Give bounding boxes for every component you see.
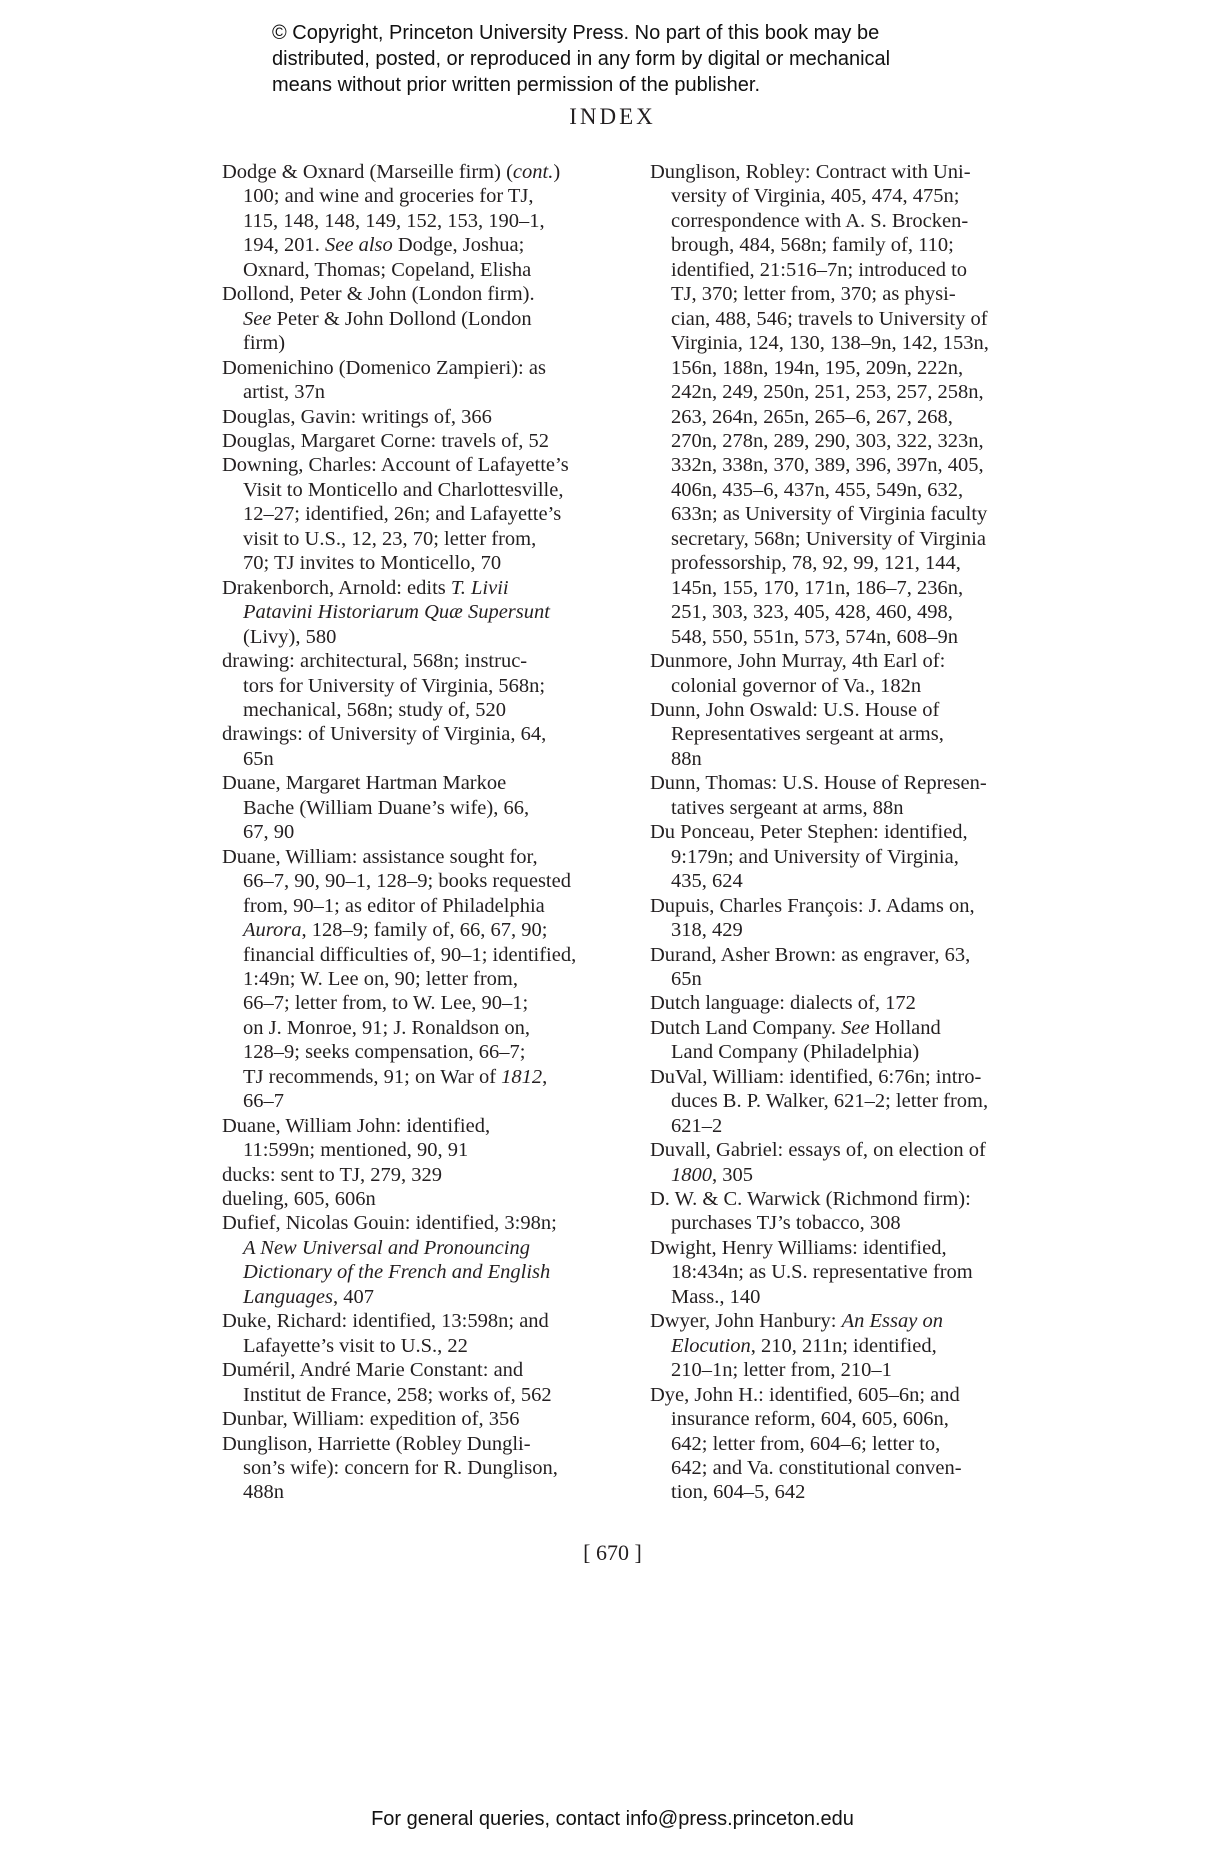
entry-continuation-line: Bache (William Duane’s wife), 66,: [222, 796, 642, 820]
entry-heading-line: Drakenborch, Arnold: edits T. Livii: [222, 576, 642, 600]
text: Dunglison, Robley: Contract with Uni-: [650, 161, 971, 183]
text: tatives sergeant at arms, 88n: [671, 797, 903, 819]
text: identified, 21:516–7n; introduced to: [671, 259, 967, 281]
index-entry: Dodge & Oxnard (Marseille firm) (cont.)1…: [222, 160, 642, 282]
index-entry: Dunglison, Robley: Contract with Uni-ver…: [650, 160, 1070, 649]
index-entry: Dollond, Peter & John (London firm).See …: [222, 282, 642, 355]
index-entry: Dwyer, John Hanbury: An Essay onElocutio…: [650, 1309, 1070, 1382]
text: from, 90–1; as editor of Philadelphia: [243, 895, 545, 917]
text: ducks: sent to TJ, 279, 329: [222, 1164, 442, 1186]
entry-continuation-line: Visit to Monticello and Charlottesville,: [222, 478, 642, 502]
text: 156n, 188n, 194n, 195, 209n, 222n,: [671, 357, 963, 379]
text: , 305: [712, 1164, 753, 1186]
entry-continuation-line: 67, 90: [222, 820, 642, 844]
text: versity of Virginia, 405, 474, 475n;: [671, 185, 959, 207]
text: TJ, 370; letter from, 370; as physi-: [671, 283, 956, 305]
italic-text: 1812: [501, 1066, 542, 1088]
entry-heading-line: Dye, John H.: identified, 605–6n; and: [650, 1383, 1070, 1407]
text: Peter & John Dollond (London: [271, 308, 531, 330]
entry-continuation-line: 210–1n; letter from, 210–1: [650, 1358, 1070, 1382]
text: Dunmore, John Murray, 4th Earl of:: [650, 650, 945, 672]
index-entry: Domenichino (Domenico Zampieri): asartis…: [222, 356, 642, 405]
text: Durand, Asher Brown: as engraver, 63,: [650, 944, 970, 966]
entry-continuation-line: Mass., 140: [650, 1285, 1070, 1309]
text: Institut de France, 258; works of, 562: [243, 1384, 552, 1406]
text: 70; TJ invites to Monticello, 70: [243, 552, 501, 574]
index-entry: Duane, Margaret Hartman MarkoeBache (Wil…: [222, 771, 642, 844]
text: 100; and wine and groceries for TJ,: [243, 185, 534, 207]
text: insurance reform, 604, 605, 606n,: [671, 1408, 949, 1430]
text: 65n: [243, 748, 274, 770]
entry-continuation-line: duces B. P. Walker, 621–2; letter from,: [650, 1089, 1070, 1113]
index-entry: Duvall, Gabriel: essays of, on election …: [650, 1138, 1070, 1187]
text: Dutch Land Company.: [650, 1017, 841, 1039]
entry-continuation-line: 332n, 338n, 370, 389, 396, 397n, 405,: [650, 453, 1070, 477]
entry-heading-line: Duméril, André Marie Constant: and: [222, 1358, 642, 1382]
entry-continuation-line: 263, 264n, 265n, 265–6, 267, 268,: [650, 405, 1070, 429]
entry-heading-line: drawings: of University of Virginia, 64,: [222, 722, 642, 746]
text: Dunn, Thomas: U.S. House of Represen-: [650, 772, 987, 794]
entry-heading-line: Dunbar, William: expedition of, 356: [222, 1407, 642, 1431]
entry-heading-line: Douglas, Gavin: writings of, 366: [222, 405, 642, 429]
entry-continuation-line: Representatives sergeant at arms,: [650, 722, 1070, 746]
text: 66–7, 90, 90–1, 128–9; books requested: [243, 870, 571, 892]
entry-continuation-line: 12–27; identified, 26n; and Lafayette’s: [222, 502, 642, 526]
text: Land Company (Philadelphia): [671, 1041, 919, 1063]
entry-continuation-line: Institut de France, 258; works of, 562: [222, 1383, 642, 1407]
entry-continuation-line: tion, 604–5, 642: [650, 1480, 1070, 1504]
text: 435, 624: [671, 870, 743, 892]
text: Dwight, Henry Williams: identified,: [650, 1237, 947, 1259]
entry-heading-line: Douglas, Margaret Corne: travels of, 52: [222, 429, 642, 453]
text: (Livy), 580: [243, 626, 336, 648]
entry-continuation-line: Languages, 407: [222, 1285, 642, 1309]
text: Dutch language: dialects of, 172: [650, 992, 916, 1014]
index-entry: Duke, Richard: identified, 13:598n; andL…: [222, 1309, 642, 1358]
text: Duane, Margaret Hartman Markoe: [222, 772, 506, 794]
entry-continuation-line: tors for University of Virginia, 568n;: [222, 674, 642, 698]
entry-continuation-line: A New Universal and Pronouncing: [222, 1236, 642, 1260]
text: Duane, William: assistance sought for,: [222, 846, 538, 868]
entry-continuation-line: son’s wife): concern for R. Dunglison,: [222, 1456, 642, 1480]
entry-heading-line: Dufief, Nicolas Gouin: identified, 3:98n…: [222, 1211, 642, 1235]
index-entry: drawings: of University of Virginia, 64,…: [222, 722, 642, 771]
text: Oxnard, Thomas; Copeland, Elisha: [243, 259, 531, 281]
text: Downing, Charles: Account of Lafayette’s: [222, 454, 569, 476]
text: artist, 37n: [243, 381, 325, 403]
entry-continuation-line: identified, 21:516–7n; introduced to: [650, 258, 1070, 282]
text: 251, 303, 323, 405, 428, 460, 498,: [671, 601, 953, 623]
entry-continuation-line: from, 90–1; as editor of Philadelphia: [222, 894, 642, 918]
index-entry: Dwight, Henry Williams: identified,18:43…: [650, 1236, 1070, 1309]
text: 66–7: [243, 1090, 284, 1112]
text: cian, 488, 546; travels to University of: [671, 308, 988, 330]
text: 633n; as University of Virginia faculty: [671, 503, 987, 525]
entry-continuation-line: 66–7, 90, 90–1, 128–9; books requested: [222, 869, 642, 893]
entry-continuation-line: 88n: [650, 747, 1070, 771]
text: dueling, 605, 606n: [222, 1188, 376, 1210]
entry-continuation-line: on J. Monroe, 91; J. Ronaldson on,: [222, 1016, 642, 1040]
entry-continuation-line: cian, 488, 546; travels to University of: [650, 307, 1070, 331]
italic-text: 1800: [671, 1164, 712, 1186]
entry-continuation-line: TJ, 370; letter from, 370; as physi-: [650, 282, 1070, 306]
copyright-line: distributed, posted, or reproduced in an…: [272, 46, 992, 72]
index-entry: Dutch language: dialects of, 172: [650, 991, 1070, 1015]
text: 11:599n; mentioned, 90, 91: [243, 1139, 468, 1161]
entry-heading-line: Duane, William: assistance sought for,: [222, 845, 642, 869]
entry-continuation-line: 242n, 249, 250n, 251, 253, 257, 258n,: [650, 380, 1070, 404]
text: Dunn, John Oswald: U.S. House of: [650, 699, 939, 721]
entry-heading-line: Du Ponceau, Peter Stephen: identified,: [650, 820, 1070, 844]
entry-heading-line: D. W. & C. Warwick (Richmond firm):: [650, 1187, 1070, 1211]
entry-heading-line: Dutch Land Company. See Holland: [650, 1016, 1070, 1040]
text: ,: [542, 1066, 547, 1088]
entry-continuation-line: 156n, 188n, 194n, 195, 209n, 222n,: [650, 356, 1070, 380]
entry-continuation-line: TJ recommends, 91; on War of 1812,: [222, 1065, 642, 1089]
index-entry: D. W. & C. Warwick (Richmond firm):purch…: [650, 1187, 1070, 1236]
index-entry: Dufief, Nicolas Gouin: identified, 3:98n…: [222, 1211, 642, 1309]
entry-continuation-line: 318, 429: [650, 918, 1070, 942]
entry-continuation-line: Elocution, 210, 211n; identified,: [650, 1334, 1070, 1358]
index-entry: Dye, John H.: identified, 605–6n; andins…: [650, 1383, 1070, 1505]
entry-continuation-line: 488n: [222, 1480, 642, 1504]
text: secretary, 568n; University of Virginia: [671, 528, 986, 550]
italic-text: An Essay on: [842, 1310, 943, 1332]
italic-text: Aurora: [243, 919, 301, 941]
entry-continuation-line: firm): [222, 331, 642, 355]
index-entry: Dunglison, Harriette (Robley Dungli-son’…: [222, 1432, 642, 1505]
text: visit to U.S., 12, 23, 70; letter from,: [243, 528, 536, 550]
text: D. W. & C. Warwick (Richmond firm):: [650, 1188, 971, 1210]
italic-text: Elocution: [671, 1335, 751, 1357]
text: mechanical, 568n; study of, 520: [243, 699, 506, 721]
italic-text: See also: [325, 234, 393, 256]
index-entry: DuVal, William: identified, 6:76n; intro…: [650, 1065, 1070, 1138]
entry-continuation-line: 128–9; seeks compensation, 66–7;: [222, 1040, 642, 1064]
entry-continuation-line: 251, 303, 323, 405, 428, 460, 498,: [650, 600, 1070, 624]
text: Duke, Richard: identified, 13:598n; and: [222, 1310, 549, 1332]
entry-heading-line: Dutch language: dialects of, 172: [650, 991, 1070, 1015]
entry-heading-line: drawing: architectural, 568n; instruc-: [222, 649, 642, 673]
entry-heading-line: DuVal, William: identified, 6:76n; intro…: [650, 1065, 1070, 1089]
text: ): [553, 161, 560, 183]
italic-text: Patavini Historiarum Quæ Supersunt: [243, 601, 550, 623]
text: purchases TJ’s tobacco, 308: [671, 1212, 901, 1234]
index-entry: Duane, William: assistance sought for,66…: [222, 845, 642, 1114]
text: 406n, 435–6, 437n, 455, 549n, 632,: [671, 479, 963, 501]
text: 128–9; seeks compensation, 66–7;: [243, 1041, 525, 1063]
entry-continuation-line: Virginia, 124, 130, 138–9n, 142, 153n,: [650, 331, 1070, 355]
text: professorship, 78, 92, 99, 121, 144,: [671, 552, 961, 574]
entry-continuation-line: insurance reform, 604, 605, 606n,: [650, 1407, 1070, 1431]
text: tors for University of Virginia, 568n;: [243, 675, 545, 697]
entry-continuation-line: 194, 201. See also Dodge, Joshua;: [222, 233, 642, 257]
italic-text: Languages: [243, 1286, 333, 1308]
entry-continuation-line: 270n, 278n, 289, 290, 303, 322, 323n,: [650, 429, 1070, 453]
entry-continuation-line: 406n, 435–6, 437n, 455, 549n, 632,: [650, 478, 1070, 502]
italic-text: See: [841, 1017, 869, 1039]
text: 263, 264n, 265n, 265–6, 267, 268,: [671, 406, 953, 428]
text: 66–7; letter from, to W. Lee, 90–1;: [243, 992, 528, 1014]
index-entry: Douglas, Gavin: writings of, 366: [222, 405, 642, 429]
entry-heading-line: Duane, William John: identified,: [222, 1114, 642, 1138]
entry-continuation-line: 65n: [222, 747, 642, 771]
entry-continuation-line: Aurora, 128–9; family of, 66, 67, 90;: [222, 918, 642, 942]
entry-continuation-line: financial difficulties of, 90–1; identif…: [222, 943, 642, 967]
entry-continuation-line: 633n; as University of Virginia faculty: [650, 502, 1070, 526]
entry-heading-line: Dunn, John Oswald: U.S. House of: [650, 698, 1070, 722]
text: 318, 429: [671, 919, 743, 941]
entry-continuation-line: 70; TJ invites to Monticello, 70: [222, 551, 642, 575]
text: correspondence with A. S. Brocken-: [671, 210, 968, 232]
entry-continuation-line: 435, 624: [650, 869, 1070, 893]
entry-continuation-line: secretary, 568n; University of Virginia: [650, 527, 1070, 551]
copyright-line: © Copyright, Princeton University Press.…: [272, 20, 992, 46]
text: TJ recommends, 91; on War of: [243, 1066, 501, 1088]
italic-text: See: [243, 308, 271, 330]
text: Lafayette’s visit to U.S., 22: [243, 1335, 468, 1357]
text: financial difficulties of, 90–1; identif…: [243, 944, 576, 966]
text: 548, 550, 551n, 573, 574n, 608–9n: [671, 626, 958, 648]
entry-continuation-line: Lafayette’s visit to U.S., 22: [222, 1334, 642, 1358]
text: Drakenborch, Arnold: edits: [222, 577, 451, 599]
entry-continuation-line: 66–7; letter from, to W. Lee, 90–1;: [222, 991, 642, 1015]
text: Dufief, Nicolas Gouin: identified, 3:98n…: [222, 1212, 557, 1234]
text: 18:434n; as U.S. representative from: [671, 1261, 973, 1283]
entry-heading-line: Dwight, Henry Williams: identified,: [650, 1236, 1070, 1260]
entry-continuation-line: 621–2: [650, 1114, 1070, 1138]
text: 1:49n; W. Lee on, 90; letter from,: [243, 968, 518, 990]
index-entry: drawing: architectural, 568n; instruc-to…: [222, 649, 642, 722]
text: son’s wife): concern for R. Dunglison,: [243, 1457, 558, 1479]
entry-continuation-line: 11:599n; mentioned, 90, 91: [222, 1138, 642, 1162]
italic-text: cont.: [513, 161, 553, 183]
text: on J. Monroe, 91; J. Ronaldson on,: [243, 1017, 530, 1039]
text: brough, 484, 568n; family of, 110;: [671, 234, 954, 256]
entry-continuation-line: 100; and wine and groceries for TJ,: [222, 184, 642, 208]
text: Dunbar, William: expedition of, 356: [222, 1408, 519, 1430]
text: 145n, 155, 170, 171n, 186–7, 236n,: [671, 577, 963, 599]
entry-continuation-line: Land Company (Philadelphia): [650, 1040, 1070, 1064]
text: 488n: [243, 1481, 284, 1503]
entry-continuation-line: See Peter & John Dollond (London: [222, 307, 642, 331]
entry-heading-line: Duane, Margaret Hartman Markoe: [222, 771, 642, 795]
text: 67, 90: [243, 821, 294, 843]
text: Domenichino (Domenico Zampieri): as: [222, 357, 546, 379]
index-entry: Dunmore, John Murray, 4th Earl of:coloni…: [650, 649, 1070, 698]
contact-footer: For general queries, contact info@press.…: [0, 1808, 1225, 1831]
entry-continuation-line: tatives sergeant at arms, 88n: [650, 796, 1070, 820]
text: Duane, William John: identified,: [222, 1115, 490, 1137]
text: Dupuis, Charles François: J. Adams on,: [650, 895, 975, 917]
italic-text: T. Livii: [451, 577, 509, 599]
text: Mass., 140: [671, 1286, 760, 1308]
text: 88n: [671, 748, 702, 770]
text: Duméril, André Marie Constant: and: [222, 1359, 523, 1381]
entry-continuation-line: 642; letter from, 604–6; letter to,: [650, 1432, 1070, 1456]
text: Douglas, Margaret Corne: travels of, 52: [222, 430, 549, 452]
text: drawing: architectural, 568n; instruc-: [222, 650, 527, 672]
text: 332n, 338n, 370, 389, 396, 397n, 405,: [671, 454, 984, 476]
copyright-notice: © Copyright, Princeton University Press.…: [272, 20, 992, 98]
text: 115, 148, 148, 149, 152, 153, 190–1,: [243, 210, 545, 232]
text: Dunglison, Harriette (Robley Dungli-: [222, 1433, 531, 1455]
index-entry: Dupuis, Charles François: J. Adams on,31…: [650, 894, 1070, 943]
text: colonial governor of Va., 182n: [671, 675, 921, 697]
entry-heading-line: Dollond, Peter & John (London firm).: [222, 282, 642, 306]
entry-continuation-line: Oxnard, Thomas; Copeland, Elisha: [222, 258, 642, 282]
entry-heading-line: Dodge & Oxnard (Marseille firm) (cont.): [222, 160, 642, 184]
entry-heading-line: Duvall, Gabriel: essays of, on election …: [650, 1138, 1070, 1162]
entry-continuation-line: professorship, 78, 92, 99, 121, 144,: [650, 551, 1070, 575]
index-entry: Dutch Land Company. See HollandLand Comp…: [650, 1016, 1070, 1065]
index-entry: ducks: sent to TJ, 279, 329: [222, 1163, 642, 1187]
entry-continuation-line: mechanical, 568n; study of, 520: [222, 698, 642, 722]
index-entry: Dunn, Thomas: U.S. House of Represen-tat…: [650, 771, 1070, 820]
page-number: [ 670 ]: [0, 1540, 1225, 1566]
entry-continuation-line: Dictionary of the French and English: [222, 1260, 642, 1284]
text: 194, 201.: [243, 234, 325, 256]
entry-heading-line: Dunn, Thomas: U.S. House of Represen-: [650, 771, 1070, 795]
text: 621–2: [671, 1115, 722, 1137]
text: duces B. P. Walker, 621–2; letter from,: [671, 1090, 988, 1112]
entry-continuation-line: 9:179n; and University of Virginia,: [650, 845, 1070, 869]
entry-continuation-line: 115, 148, 148, 149, 152, 153, 190–1,: [222, 209, 642, 233]
text: Dye, John H.: identified, 605–6n; and: [650, 1384, 960, 1406]
text: Dodge, Joshua;: [393, 234, 525, 256]
entry-continuation-line: artist, 37n: [222, 380, 642, 404]
index-entry: Durand, Asher Brown: as engraver, 63,65n: [650, 943, 1070, 992]
text: 270n, 278n, 289, 290, 303, 322, 323n,: [671, 430, 984, 452]
index-column-right: Dunglison, Robley: Contract with Uni-ver…: [650, 160, 1070, 1505]
text: 12–27; identified, 26n; and Lafayette’s: [243, 503, 561, 525]
entry-heading-line: Durand, Asher Brown: as engraver, 63,: [650, 943, 1070, 967]
entry-continuation-line: purchases TJ’s tobacco, 308: [650, 1211, 1070, 1235]
copyright-line: means without prior written permission o…: [272, 72, 992, 98]
entry-heading-line: Dunglison, Harriette (Robley Dungli-: [222, 1432, 642, 1456]
entry-heading-line: Domenichino (Domenico Zampieri): as: [222, 356, 642, 380]
entry-heading-line: dueling, 605, 606n: [222, 1187, 642, 1211]
entry-continuation-line: 1:49n; W. Lee on, 90; letter from,: [222, 967, 642, 991]
entry-continuation-line: 145n, 155, 170, 171n, 186–7, 236n,: [650, 576, 1070, 600]
entry-continuation-line: 18:434n; as U.S. representative from: [650, 1260, 1070, 1284]
running-head: INDEX: [0, 104, 1225, 130]
index-column-left: Dodge & Oxnard (Marseille firm) (cont.)1…: [222, 160, 642, 1505]
index-entry: Downing, Charles: Account of Lafayette’s…: [222, 453, 642, 575]
entry-continuation-line: brough, 484, 568n; family of, 110;: [650, 233, 1070, 257]
entry-continuation-line: colonial governor of Va., 182n: [650, 674, 1070, 698]
index-entry: Duane, William John: identified,11:599n;…: [222, 1114, 642, 1163]
text: 65n: [671, 968, 702, 990]
text: Du Ponceau, Peter Stephen: identified,: [650, 821, 968, 843]
entry-heading-line: ducks: sent to TJ, 279, 329: [222, 1163, 642, 1187]
index-entry: dueling, 605, 606n: [222, 1187, 642, 1211]
entry-continuation-line: correspondence with A. S. Brocken-: [650, 209, 1070, 233]
text: drawings: of University of Virginia, 64,: [222, 723, 546, 745]
text: Virginia, 124, 130, 138–9n, 142, 153n,: [671, 332, 989, 354]
text: Holland: [870, 1017, 941, 1039]
entry-continuation-line: versity of Virginia, 405, 474, 475n;: [650, 184, 1070, 208]
entry-continuation-line: 65n: [650, 967, 1070, 991]
text: Douglas, Gavin: writings of, 366: [222, 406, 492, 428]
index-entry: Drakenborch, Arnold: edits T. LiviiPatav…: [222, 576, 642, 649]
entry-continuation-line: 642; and Va. constitutional conven-: [650, 1456, 1070, 1480]
entry-continuation-line: (Livy), 580: [222, 625, 642, 649]
entry-heading-line: Dunglison, Robley: Contract with Uni-: [650, 160, 1070, 184]
italic-text: A New Universal and Pronouncing: [243, 1237, 530, 1259]
text: Dodge & Oxnard (Marseille firm) (: [222, 161, 513, 183]
entry-heading-line: Dupuis, Charles François: J. Adams on,: [650, 894, 1070, 918]
text: 642; and Va. constitutional conven-: [671, 1457, 962, 1479]
text: Dwyer, John Hanbury:: [650, 1310, 842, 1332]
text: Visit to Monticello and Charlottesville,: [243, 479, 563, 501]
text: , 128–9; family of, 66, 67, 90;: [301, 919, 547, 941]
entry-heading-line: Downing, Charles: Account of Lafayette’s: [222, 453, 642, 477]
text: 9:179n; and University of Virginia,: [671, 846, 959, 868]
index-entry: Du Ponceau, Peter Stephen: identified,9:…: [650, 820, 1070, 893]
text: tion, 604–5, 642: [671, 1481, 805, 1503]
entry-heading-line: Duke, Richard: identified, 13:598n; and: [222, 1309, 642, 1333]
entry-continuation-line: 66–7: [222, 1089, 642, 1113]
index-entry: Dunbar, William: expedition of, 356: [222, 1407, 642, 1431]
text: 642; letter from, 604–6; letter to,: [671, 1433, 940, 1455]
entry-continuation-line: 1800, 305: [650, 1163, 1070, 1187]
entry-continuation-line: Patavini Historiarum Quæ Supersunt: [222, 600, 642, 624]
italic-text: Dictionary of the French and English: [243, 1261, 550, 1283]
entry-heading-line: Dwyer, John Hanbury: An Essay on: [650, 1309, 1070, 1333]
entry-continuation-line: visit to U.S., 12, 23, 70; letter from,: [222, 527, 642, 551]
index-entry: Douglas, Margaret Corne: travels of, 52: [222, 429, 642, 453]
text: Bache (William Duane’s wife), 66,: [243, 797, 529, 819]
text: DuVal, William: identified, 6:76n; intro…: [650, 1066, 981, 1088]
text: Representatives sergeant at arms,: [671, 723, 944, 745]
index-entry: Duméril, André Marie Constant: andInstit…: [222, 1358, 642, 1407]
entry-continuation-line: 548, 550, 551n, 573, 574n, 608–9n: [650, 625, 1070, 649]
text: Dollond, Peter & John (London firm).: [222, 283, 535, 305]
text: firm): [243, 332, 285, 354]
text: , 210, 211n; identified,: [751, 1335, 937, 1357]
text: , 407: [333, 1286, 374, 1308]
text: 210–1n; letter from, 210–1: [671, 1359, 892, 1381]
text: Duvall, Gabriel: essays of, on election …: [650, 1139, 986, 1161]
index-entry: Dunn, John Oswald: U.S. House ofRepresen…: [650, 698, 1070, 771]
text: 242n, 249, 250n, 251, 253, 257, 258n,: [671, 381, 984, 403]
entry-heading-line: Dunmore, John Murray, 4th Earl of:: [650, 649, 1070, 673]
